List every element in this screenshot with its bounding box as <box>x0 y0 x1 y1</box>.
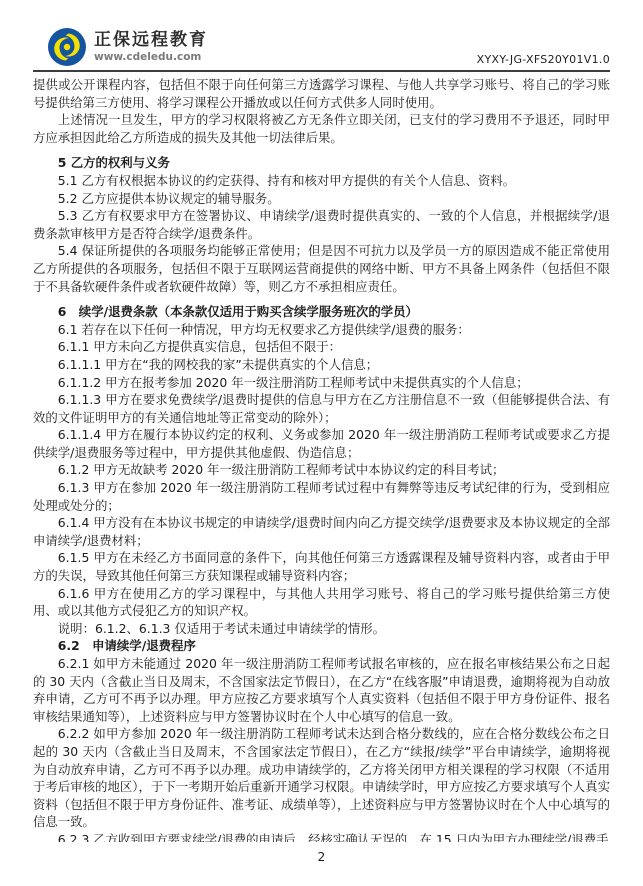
paragraph: 6.1.1.2 甲方在报考参加 2020 年一级注册消防工程师考试中未提供真实的… <box>33 374 610 392</box>
paragraph: 6.1.3 甲方在参加 2020 年一级注册消防工程师考试过程中有舞弊等违反考试… <box>33 479 610 514</box>
page-header: 正保远程教育 www.cdeledu.com XYXY-JG-XFS20Y01V… <box>0 0 643 70</box>
paragraph: 6.1.1.3 甲方在要求免费续学/退费时提供的信息与甲方在乙方注册信息不一致（… <box>33 391 610 426</box>
page-footer: 2 <box>0 850 643 864</box>
paragraph: 6.2.3 乙方收到甲方要求续学/退费的申请后，经核实确认无误的，在 15 日内… <box>33 831 610 842</box>
section-heading: 6 续学/退费条款（本条款仅适用于购买含续学服务班次的学员） <box>33 303 610 321</box>
paragraph: 6.1.1 甲方未向乙方提供真实信息，包括但不限于： <box>33 338 610 356</box>
document-page: 正保远程教育 www.cdeledu.com XYXY-JG-XFS20Y01V… <box>0 0 643 886</box>
document-body: 提供或公开课程内容，包括但不限于向任何第三方透露学习课程、与他人共享学习账号、将… <box>0 72 643 842</box>
paragraph: 上述情况一旦发生，甲方的学习权限将被乙方无条件立即关闭，已支付的学习费用不予退还… <box>33 111 610 146</box>
paragraph: 6.1.1.1 甲方在“我的网校我的家”未提供真实的个人信息； <box>33 356 610 374</box>
paragraph: 6.1 若存在以下任何一种情况，甲方均无权要求乙方提供续学/退费的服务： <box>33 321 610 339</box>
cdel-logo-icon <box>47 27 87 67</box>
section-heading: 6.2 申请续学/退费程序 <box>33 637 610 655</box>
paragraph: 6.2.1 如甲方未能通过 2020 年一级注册消防工程师考试报名审核的，应在报… <box>33 655 610 725</box>
paragraph: 6.2.2 如甲方参加 2020 年一级注册消防工程师考试未达到合格分数线的，应… <box>33 725 610 831</box>
brand-url: www.cdeledu.com <box>94 52 208 64</box>
page-number: 2 <box>318 850 326 864</box>
brand-name: 正保远程教育 <box>94 31 208 50</box>
paragraph: 6.1.2 甲方无故缺考 2020 年一级注册消防工程师考试中本协议约定的科目考… <box>33 461 610 479</box>
brand: 正保远程教育 www.cdeledu.com <box>47 27 208 67</box>
paragraph: 6.1.5 甲方在未经乙方书面同意的条件下，向其他任何第三方透露课程及辅导资料内… <box>33 549 610 584</box>
paragraph: 说明：6.1.2、6.1.3 仅适用于考试未通过申请续学的情形。 <box>33 620 610 638</box>
paragraph: 6.1.1.4 甲方在履行本协议约定的权利、义务或参加 2020 年一级注册消防… <box>33 426 610 461</box>
paragraph: 5.2 乙方应提供本协议规定的辅导服务。 <box>33 190 610 208</box>
paragraph: 提供或公开课程内容，包括但不限于向任何第三方透露学习课程、与他人共享学习账号、将… <box>33 76 610 111</box>
brand-text: 正保远程教育 www.cdeledu.com <box>94 31 208 63</box>
section-heading: 5 乙方的权利与义务 <box>33 154 610 172</box>
paragraph: 6.1.6 甲方在使用乙方的学习课程中，与其他人共用学习账号、将自己的学习账号提… <box>33 585 610 620</box>
paragraph: 6.1.4 甲方没有在本协议书规定的申请续学/退费时间内向乙方提交续学/退费要求… <box>33 514 610 549</box>
paragraph: 5.1 乙方有权根据本协议的约定获得、持有和核对甲方提供的有关个人信息、资料。 <box>33 172 610 190</box>
paragraph: 5.3 乙方有权要求甲方在签署协议、申请续学/退费时提供真实的、一致的个人信息，… <box>33 207 610 242</box>
document-code: XYXY-JG-XFS20Y01V1.0 <box>477 53 610 67</box>
paragraph: 5.4 保证所提供的各项服务均能够正常使用；但是因不可抗力以及学员一方的原因造成… <box>33 242 610 295</box>
